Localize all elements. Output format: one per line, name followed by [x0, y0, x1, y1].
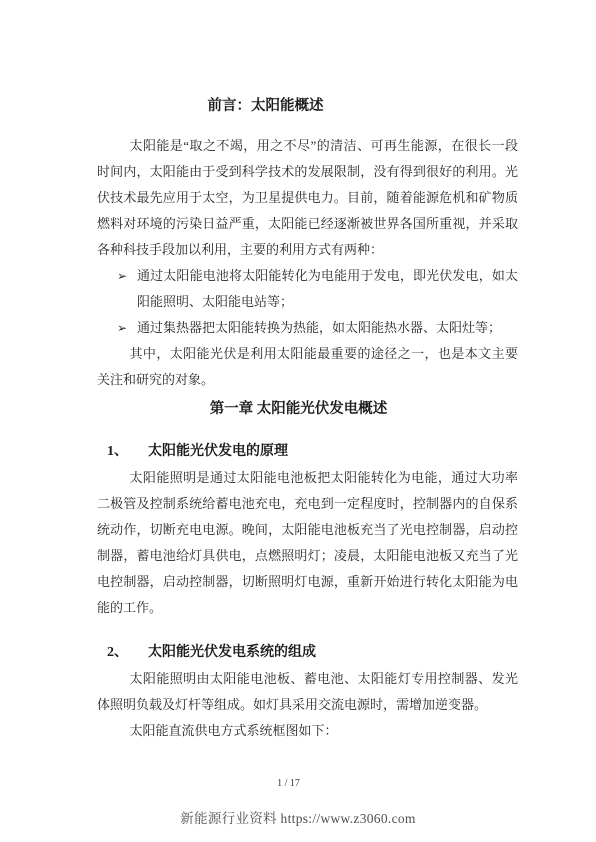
summary-paragraph: 其中，太阳能光伏是利用太阳能最重要的途径之一，也是本文主要关注和研究的对象。 [97, 341, 518, 393]
preface-title: 前言：太阳能概述 [55, 97, 476, 115]
page-content: 前言：太阳能概述 太阳能是“取之不竭，用之不尽”的清洁、可再生能源，在很长一段时… [97, 0, 518, 744]
section-2-paragraph: 太阳能照明由太阳能电池板、蓄电池、太阳能灯专用控制器、发光体照明负载及灯杆等组成… [97, 666, 518, 718]
bullet-item-thermal: ➢ 通过集热器把太阳能转换为热能，如太阳能热水器、太阳灶等； [97, 315, 518, 341]
document-page: 前言：太阳能概述 太阳能是“取之不竭，用之不尽”的清洁、可再生能源，在很长一段时… [0, 0, 596, 842]
arrowhead-bullet-icon: ➢ [117, 315, 127, 341]
bullet-text: 通过太阳能电池将太阳能转化为电能用于发电，即光伏发电，如太阳能照明、太阳能电站等… [137, 268, 518, 309]
section-2-heading: 2、太阳能光伏发电系统的组成 [97, 640, 518, 666]
bullet-item-photovoltaic: ➢ 通过太阳能电池将太阳能转化为电能用于发电，即光伏发电，如太阳能照明、太阳能电… [97, 263, 518, 315]
watermark-source-link: 新能源行业资料 https://www.z3060.com [0, 810, 596, 828]
arrowhead-bullet-icon: ➢ [117, 263, 127, 289]
section-title: 太阳能光伏发电系统的组成 [148, 645, 316, 660]
section-title: 太阳能光伏发电的原理 [148, 444, 288, 459]
section-1-paragraph: 太阳能照明是通过太阳能电池板把太阳能转化为电能，通过大功率二极管及控制系统给蓄电… [97, 465, 518, 621]
intro-paragraph: 太阳能是“取之不竭，用之不尽”的清洁、可再生能源，在很长一段时间内，太阳能由于受… [97, 133, 518, 263]
section-1-heading: 1、太阳能光伏发电的原理 [97, 439, 518, 465]
section-number: 2、 [107, 640, 148, 666]
chapter-title: 第一章 太阳能光伏发电概述 [88, 396, 509, 422]
section-2-paragraph: 太阳能直流供电方式系统框图如下： [97, 718, 518, 744]
bullet-text: 通过集热器把太阳能转换为热能，如太阳能热水器、太阳灶等； [137, 320, 501, 335]
section-number: 1、 [107, 439, 148, 465]
page-number: 1 / 17 [0, 777, 577, 790]
